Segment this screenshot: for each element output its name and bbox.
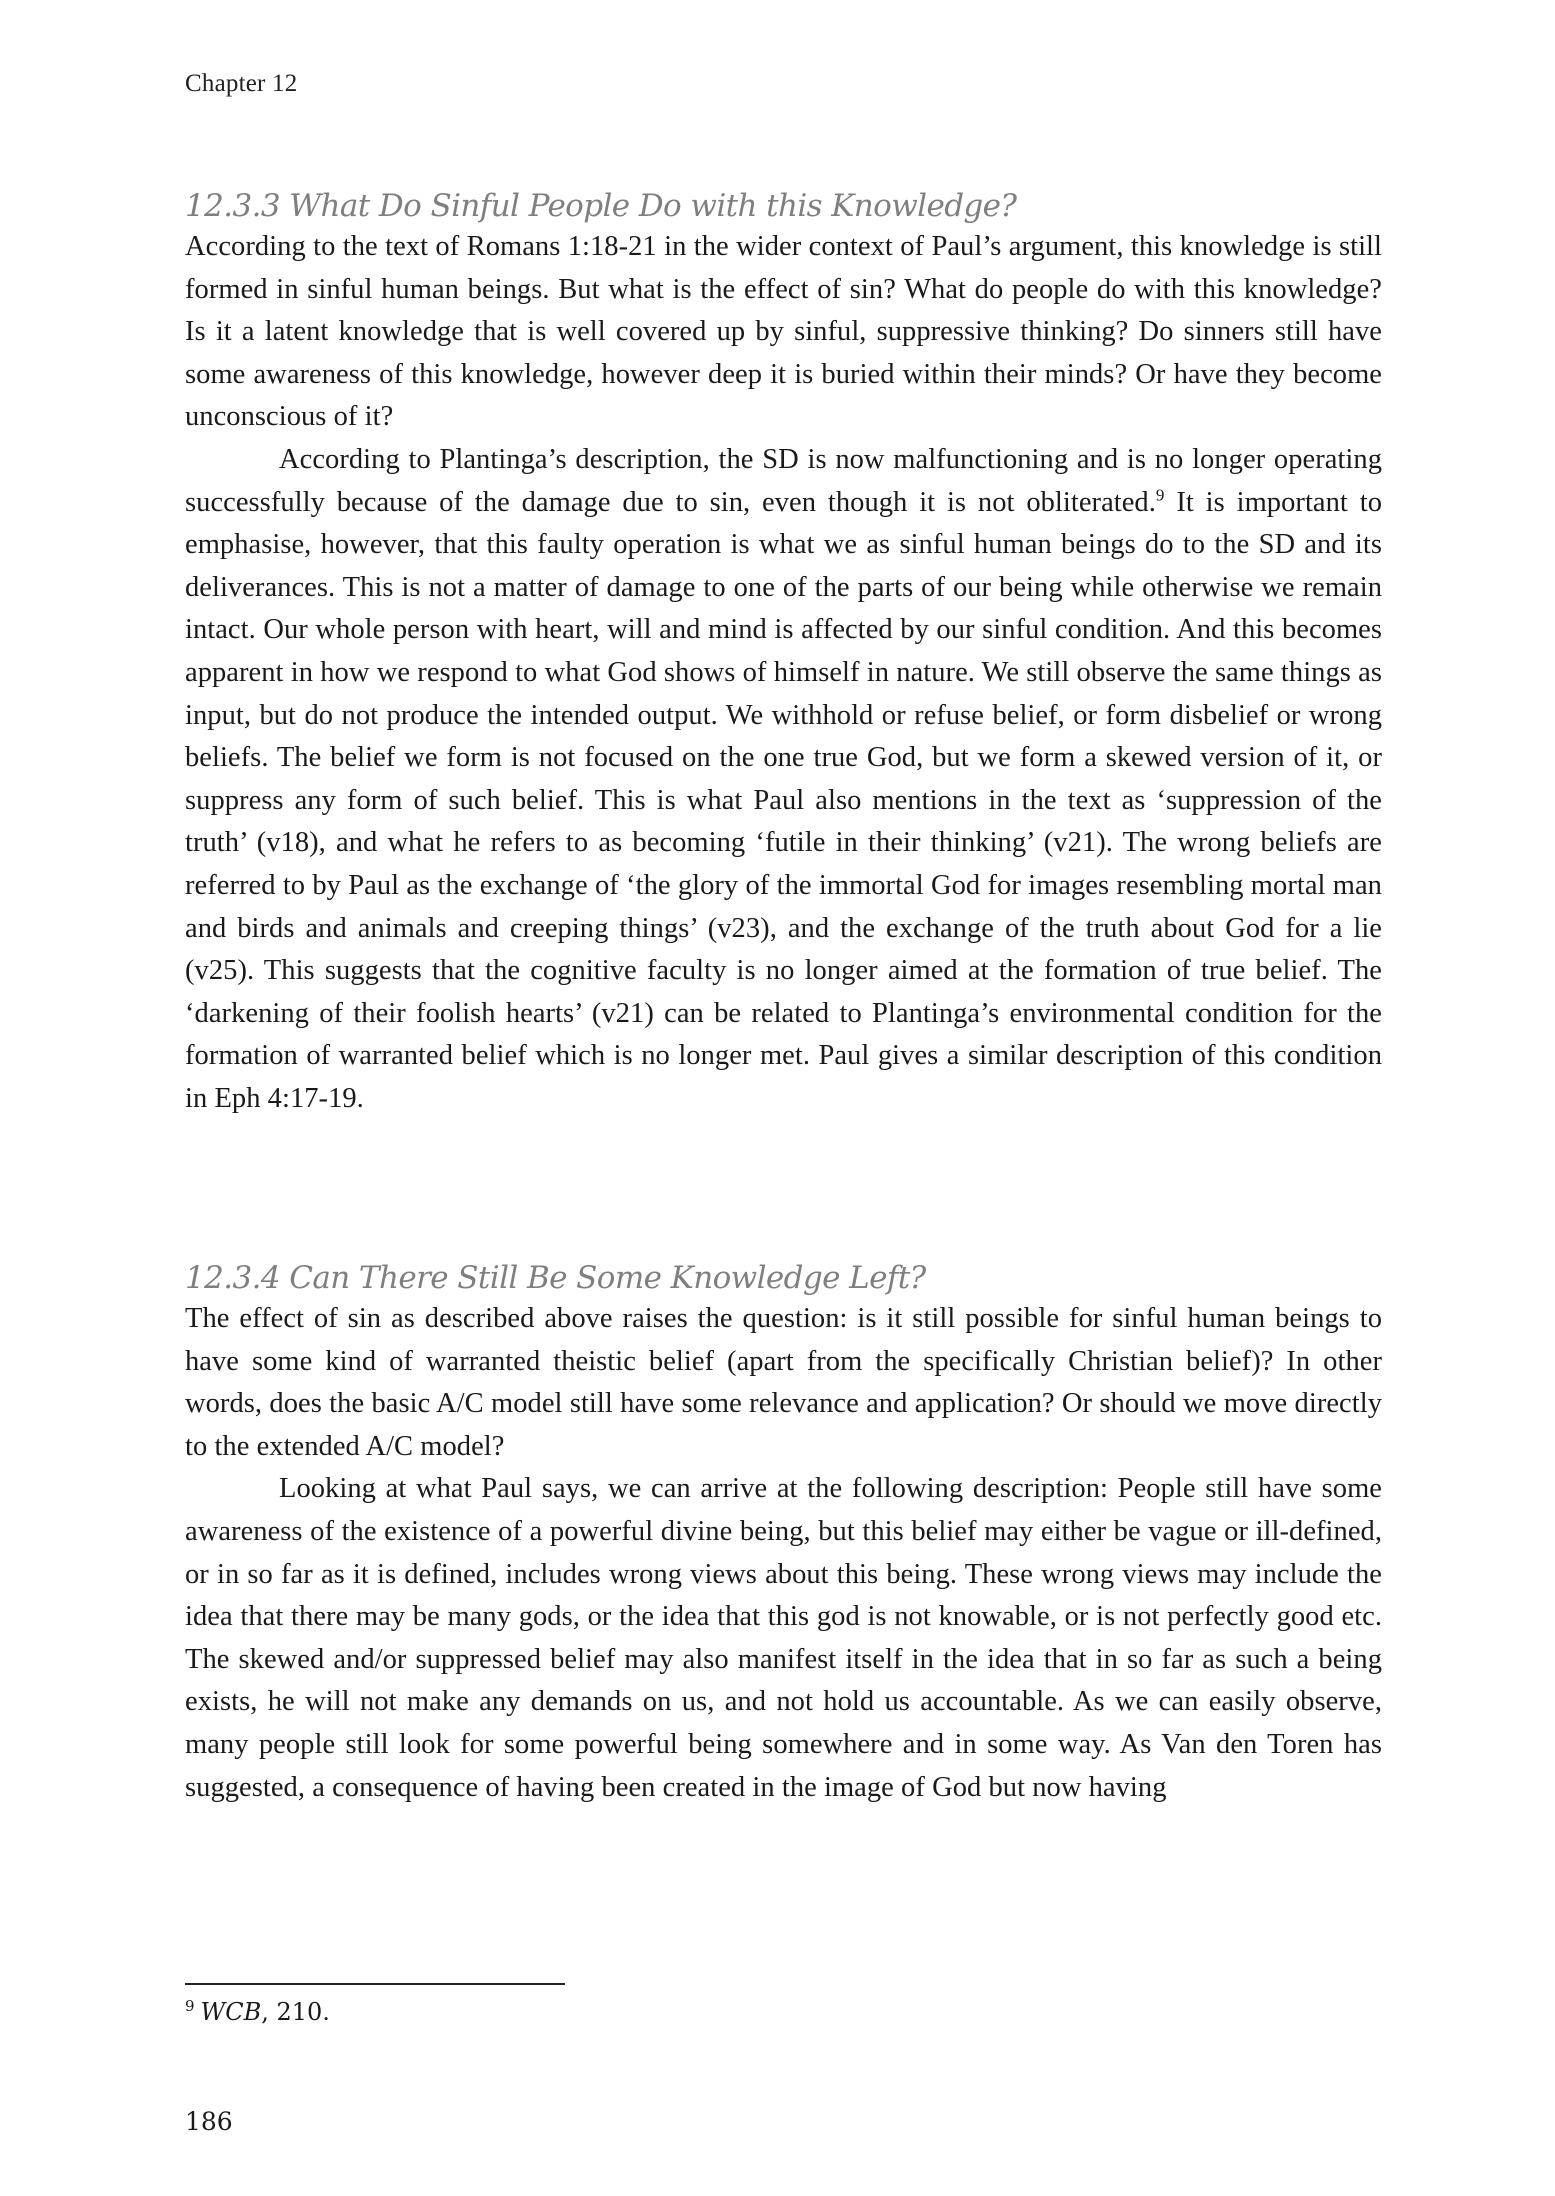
- paragraph: According to the text of Romans 1:18-21 …: [185, 226, 1382, 439]
- section-heading: 12.3.4 Can There Still Be Some Knowledge…: [185, 1258, 1382, 1298]
- page-number: 186: [185, 2107, 233, 2136]
- footnote-citation-page: , 210.: [261, 1998, 330, 2026]
- footnote-citation-title: WCB: [201, 1998, 262, 2026]
- paragraph-text: It is important to emphasise, however, t…: [185, 487, 1382, 1114]
- section-12-3-4: 12.3.4 Can There Still Be Some Knowledge…: [185, 1258, 1382, 1809]
- footnote-number: 9: [185, 1997, 195, 2015]
- section-heading: 12.3.3 What Do Sinful People Do with thi…: [185, 186, 1382, 226]
- paragraph: Looking at what Paul says, we can arrive…: [185, 1468, 1382, 1809]
- section-12-3-3: 12.3.3 What Do Sinful People Do with thi…: [185, 186, 1382, 1120]
- footnote: 9WCB, 210.: [185, 1998, 330, 2026]
- footnote-divider: [185, 1983, 565, 1985]
- paragraph-with-footnote: According to Plantinga’s description, th…: [185, 439, 1382, 1121]
- running-head: Chapter 12: [185, 70, 297, 98]
- paragraph: The effect of sin as described above rai…: [185, 1298, 1382, 1468]
